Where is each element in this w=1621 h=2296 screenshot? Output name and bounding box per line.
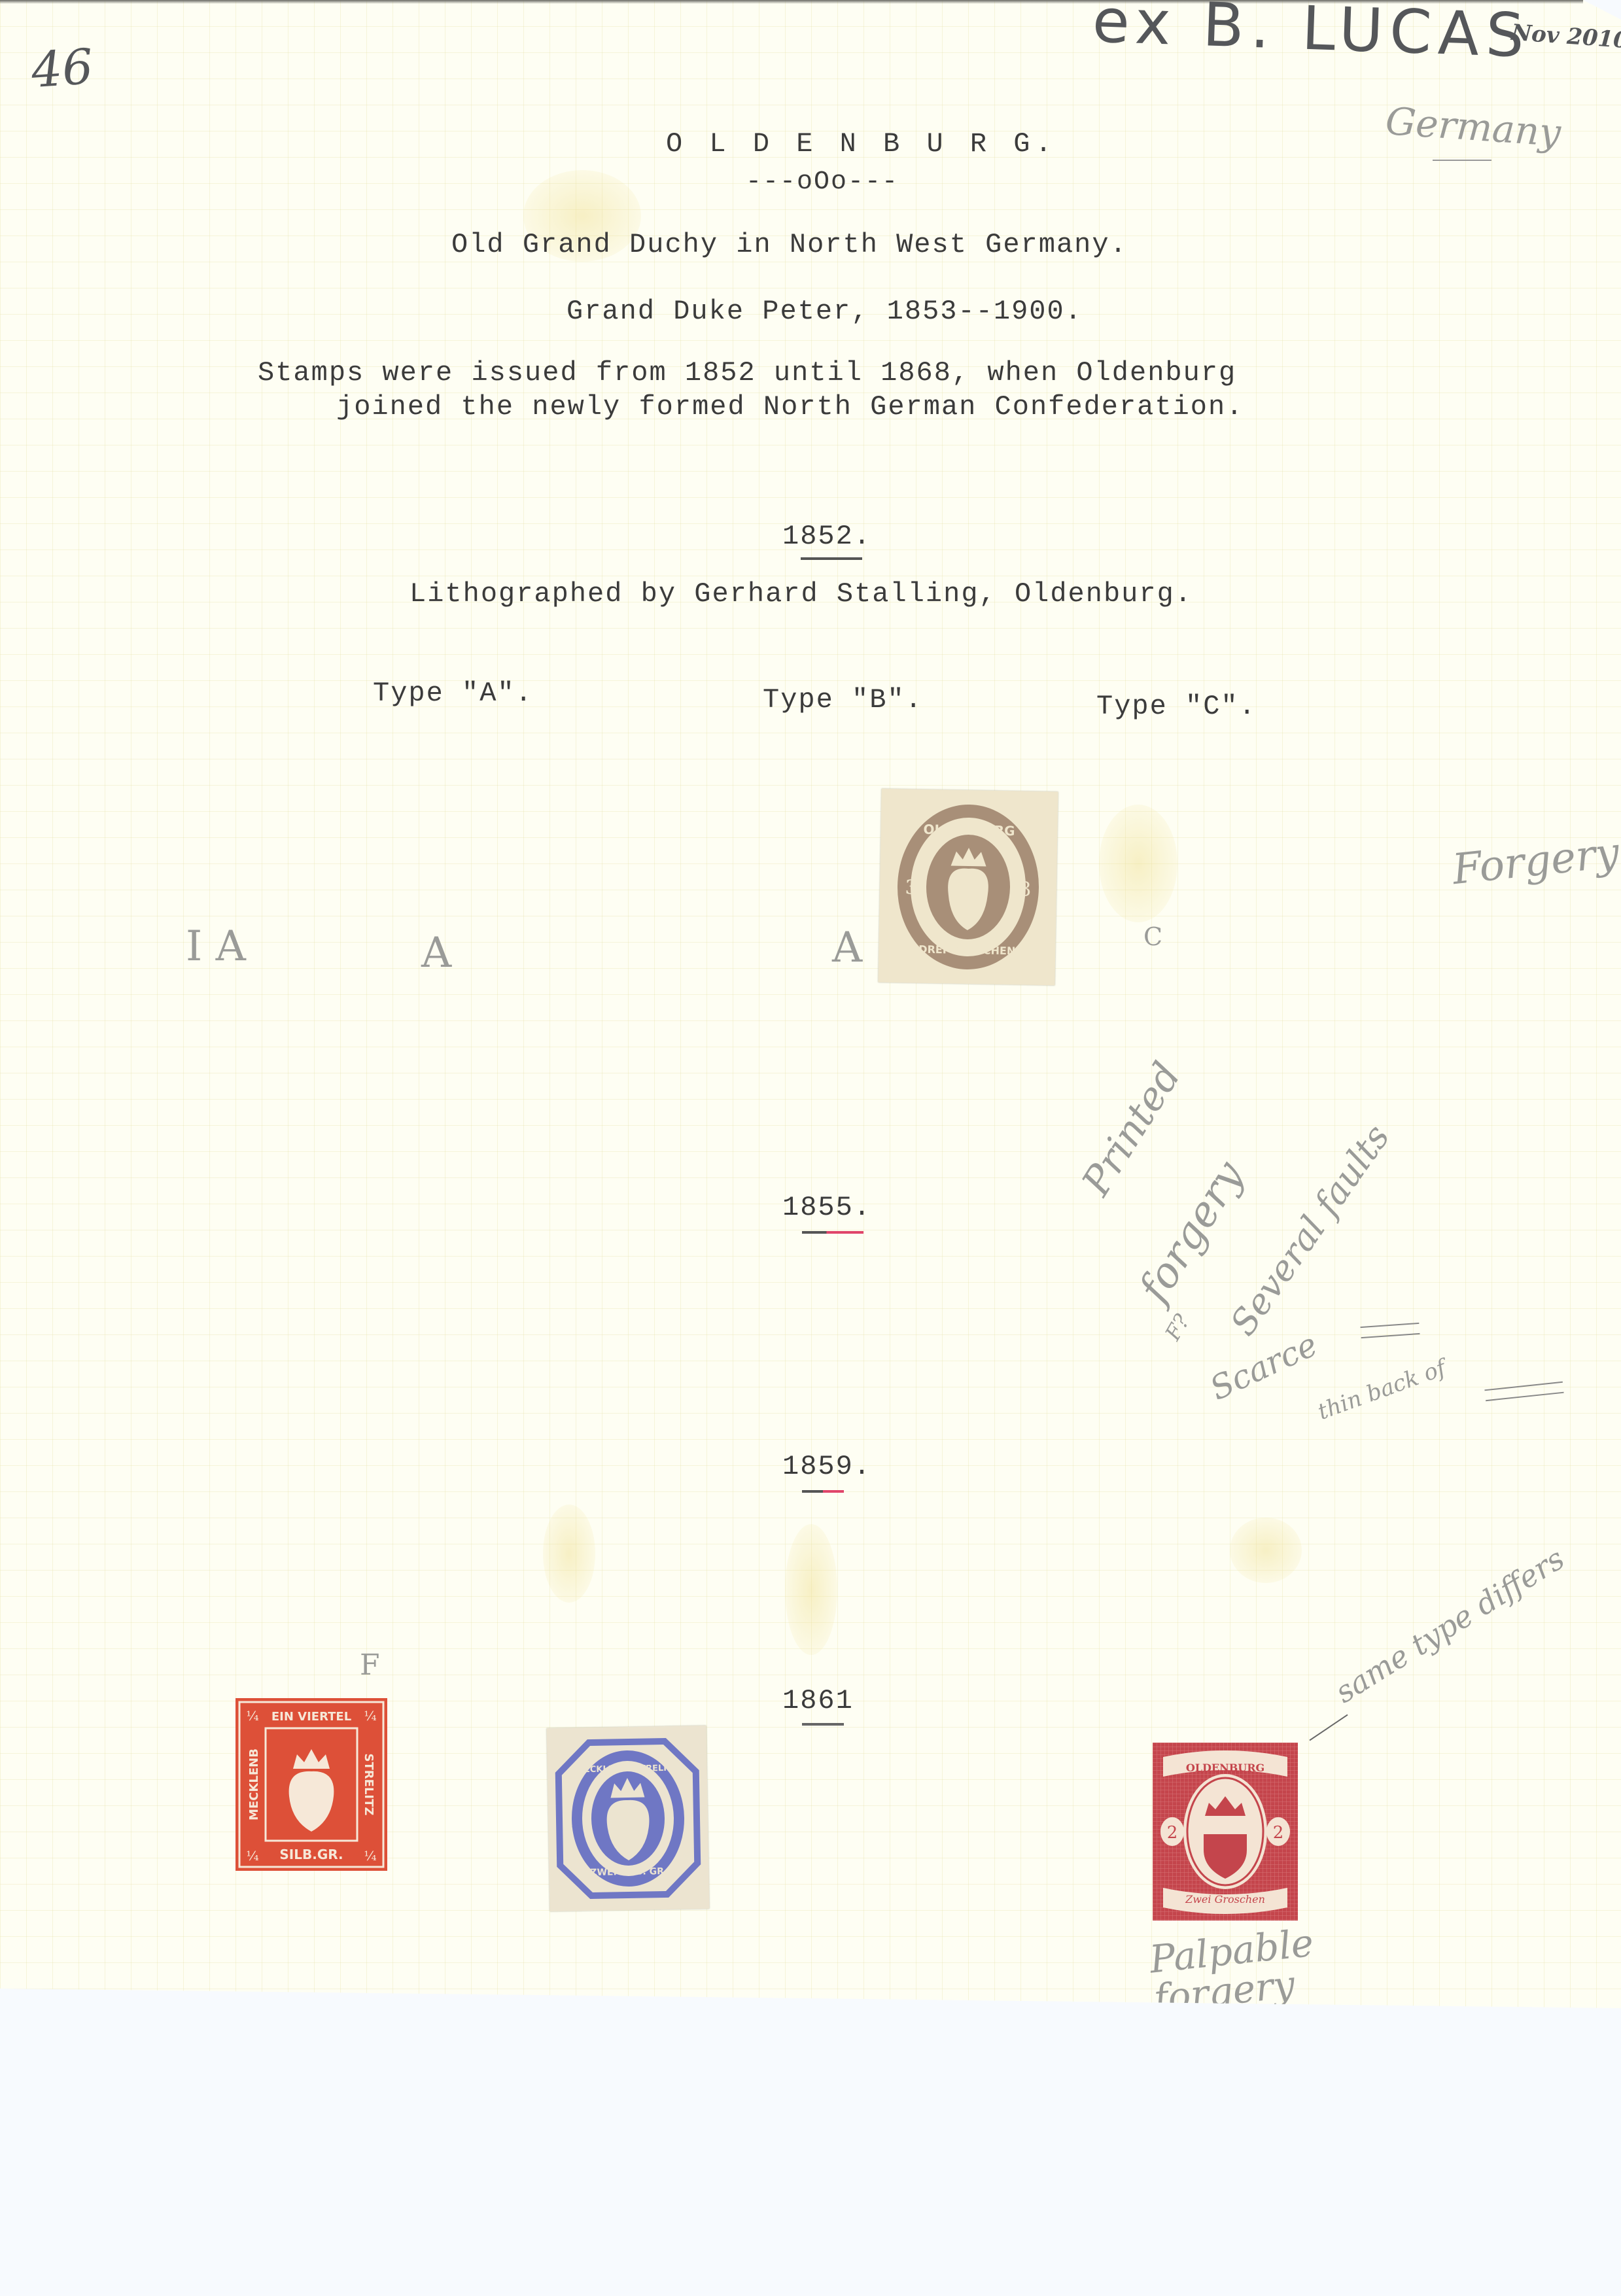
- note-scarce: Scarce: [1204, 1325, 1323, 1408]
- printer-line: Lithographed by Gerhard Stalling, Oldenb…: [410, 578, 1193, 610]
- forgery-annotation-1852: Forgery: [1450, 829, 1621, 894]
- ruler-line: Grand Duke Peter, 1853--1900.: [566, 296, 1083, 327]
- svg-text:¼: ¼: [364, 1708, 376, 1724]
- section-year-1852: 1852.: [782, 521, 871, 552]
- type-b-label: Type "B".: [763, 684, 923, 716]
- svg-text:¼: ¼: [246, 1848, 258, 1864]
- svg-text:2: 2: [1273, 1823, 1284, 1843]
- note-same-type-differs: same type differs: [1329, 1540, 1570, 1710]
- stamp-value-right: 3: [1019, 878, 1032, 901]
- paper-stain: [1230, 1518, 1302, 1583]
- paper-stain: [543, 1505, 595, 1603]
- pencil-mark-c: C: [1143, 922, 1162, 951]
- pencil-mark-ia: I A: [186, 922, 246, 971]
- type-c-label: Type "C".: [1096, 691, 1257, 722]
- stamp-top-text: EIN VIERTEL: [271, 1710, 351, 1724]
- svg-text:¼: ¼: [364, 1848, 376, 1864]
- note-thin-back: thin back of: [1314, 1355, 1449, 1425]
- stamp-top-text: OLDENBURG: [1186, 1762, 1264, 1774]
- stamp-oldenburg-drei-groschen: OLDENBURG DREI GROSCHEN 3 3: [878, 789, 1058, 986]
- page-title: O L D E N B U R G.: [666, 128, 1057, 160]
- svg-text:2: 2: [672, 1807, 686, 1830]
- album-page: 46 ex B. LUCAS Nov 2010 Germany O L D E …: [0, 0, 1621, 2008]
- stamp-top-text: MECKLENB. STRELITZ: [576, 1764, 679, 1775]
- stamp-mecklenburg-ein-viertel: EIN VIERTEL SILB.GR. ¼ ¼ ¼ ¼ MECKLENB ST…: [235, 1698, 387, 1871]
- svg-text:STRELITZ: STRELITZ: [362, 1754, 375, 1816]
- pencil-dash-mark: [1360, 1323, 1420, 1338]
- history-line-1: Stamps were issued from 1852 until 1868,…: [258, 357, 1236, 389]
- subtitle: Old Grand Duchy in North West Germany.: [451, 229, 1128, 260]
- note-printed: Printed: [1073, 1054, 1191, 1204]
- year-underline: [802, 1723, 844, 1726]
- pencil-dash-mark: [1484, 1382, 1563, 1401]
- svg-text:¼: ¼: [246, 1708, 258, 1724]
- pencil-mark-a1: A: [421, 929, 451, 977]
- stamp-top-text: OLDENBURG: [923, 822, 1015, 839]
- section-year-1861: 1861: [782, 1685, 854, 1716]
- provenance-annotation: ex B. LUCAS: [1091, 0, 1531, 71]
- type-a-label: Type "A".: [373, 678, 533, 709]
- title-separator: ---oOo---: [746, 167, 899, 197]
- pencil-mark-a2: A: [832, 924, 862, 972]
- stamp-bottom-text: Zwei Groschen: [1185, 1893, 1265, 1905]
- year-underline: [802, 1490, 844, 1493]
- paper-stain: [785, 1524, 837, 1655]
- pencil-leader-line: [1309, 1714, 1348, 1741]
- section-year-1859: 1859.: [782, 1451, 871, 1482]
- stamp-mecklenburg-zwei-silbergroschen: MECKLENB. STRELITZ ZWEI SILB. GR. 2 2: [547, 1726, 710, 1911]
- page-number-annotation: 46: [29, 39, 95, 99]
- svg-text:MECKLENB: MECKLENB: [247, 1748, 261, 1820]
- stamp-bottom-text: DREI GROSCHEN: [918, 943, 1015, 958]
- country-annotation: Germany: [1384, 99, 1562, 156]
- stamp-bottom-text: ZWEI SILB. GR.: [590, 1866, 667, 1878]
- history-line-2: joined the newly formed North German Con…: [336, 391, 1244, 423]
- note-forgery: forgery: [1130, 1153, 1253, 1311]
- year-underline: [802, 1231, 863, 1234]
- note-several-faults: Several faults: [1222, 1117, 1397, 1343]
- section-year-1855: 1855.: [782, 1192, 871, 1223]
- paper-stain: [1099, 805, 1177, 922]
- svg-text:2: 2: [1167, 1823, 1178, 1843]
- stamp-oldenburg-zwei-groschen: OLDENBURG Zwei Groschen 2 2: [1153, 1743, 1298, 1921]
- country-annotation-underline: [1433, 160, 1491, 161]
- stamp-value-left: 3: [905, 876, 918, 899]
- pencil-mark-f: F: [360, 1648, 380, 1682]
- note-f-question: F?: [1160, 1310, 1194, 1344]
- svg-text:2: 2: [570, 1809, 584, 1832]
- note-palpable-forgery: Palpable forgery: [1148, 1920, 1351, 2019]
- stamp-bottom-text: SILB.GR.: [279, 1847, 343, 1862]
- year-underline: [801, 557, 862, 560]
